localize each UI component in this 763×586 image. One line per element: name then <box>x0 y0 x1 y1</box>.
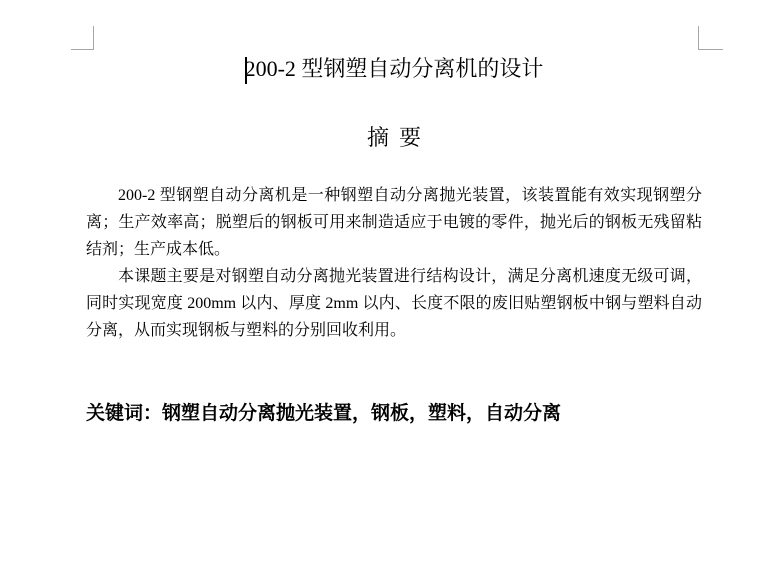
text-boundary-mark-top-right-icon <box>698 26 723 50</box>
abstract-heading[interactable]: 摘要 <box>86 123 702 153</box>
abstract-body[interactable]: 200-2 型钢塑自动分离机是一种钢塑自动分离抛光装置，该装置能有效实现钢塑分离… <box>86 182 702 344</box>
text-cursor-caret <box>245 57 247 84</box>
document-page[interactable]: 200-2 型钢塑自动分离机的设计 摘要 200-2 型钢塑自动分离机是一种钢塑… <box>0 0 763 586</box>
keywords-line[interactable]: 关键词：钢塑自动分离抛光装置，钢板，塑料，自动分离 <box>86 400 726 428</box>
abstract-paragraph[interactable]: 200-2 型钢塑自动分离机是一种钢塑自动分离抛光装置，该装置能有效实现钢塑分离… <box>86 182 702 263</box>
text-boundary-mark-top-left-icon <box>71 26 94 50</box>
document-title[interactable]: 200-2 型钢塑自动分离机的设计 <box>86 53 702 85</box>
abstract-paragraph[interactable]: 本课题主要是对钢塑自动分离抛光装置进行结构设计，满足分离机速度无级可调，同时实现… <box>86 263 702 344</box>
